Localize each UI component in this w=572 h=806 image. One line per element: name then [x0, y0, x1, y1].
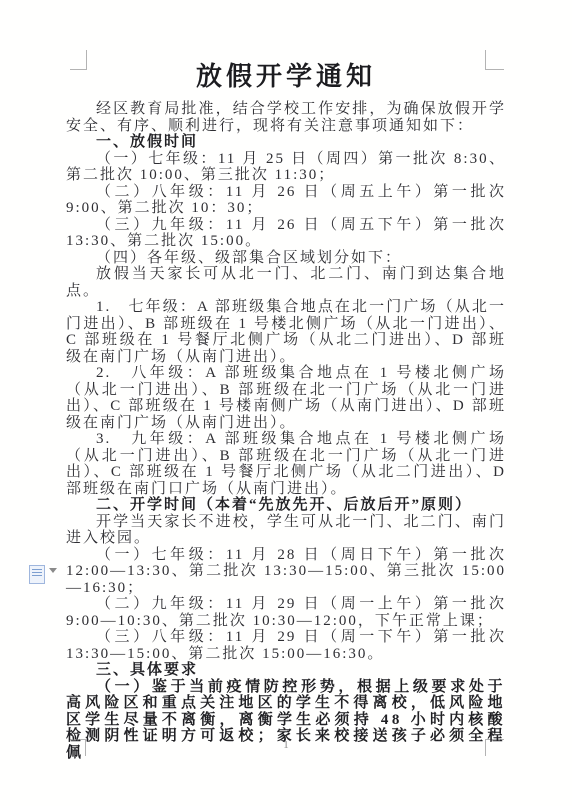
paragraph: （三）八年级：11 月 29 日（周一下午）第一批次 13:30—15:00、第… — [66, 629, 506, 662]
paragraph: （四）各年级、级部集合区域划分如下： — [66, 250, 506, 267]
paste-options-icon[interactable] — [29, 565, 45, 584]
paragraph: 1. 七年级：A 部班级集合地点在北一门广场（从北一门进出）、B 部班级在 1 … — [66, 299, 506, 365]
paragraph: 开学当天家长不进校，学生可从北一门、北二门、南门进入校园。 — [66, 514, 506, 547]
paragraph: 经区教育局批准，结合学校工作安排，为确保放假开学安全、有序、顺利进行，现将有关注… — [66, 101, 506, 134]
paragraph: 一、放假时间 — [66, 134, 506, 151]
paragraph: 三、具体要求 — [66, 662, 506, 679]
paragraph: （二）九年级：11 月 29 日（周一上午）第一批次 9:00—10:30、第二… — [66, 596, 506, 629]
paragraph: （三）九年级：11 月 26 日（周五下午）第一批次 13:30、第二批次 15… — [66, 217, 506, 250]
chevron-down-icon[interactable] — [49, 568, 57, 573]
paragraph: （一）七年级：11 月 28 日（周日下午）第一批次 12:00—13:30、第… — [66, 547, 506, 597]
paragraph: （二）八年级：11 月 26 日（周五上午）第一批次 9:00、第二批次 10：… — [66, 184, 506, 217]
paragraph: 2. 八年级：A 部班级集合地点在 1 号楼北侧广场（从北一门进出）、B 部班级… — [66, 365, 506, 431]
paragraph: 3. 九年级：A 部班级集合地点在 1 号楼北侧广场（从北一门进出）、B 部班级… — [66, 431, 506, 497]
paragraph: 放假当天家长可从北一门、北二门、南门到达集合地点。 — [66, 266, 506, 299]
page-number: 1 — [0, 739, 572, 751]
document-body: 经区教育局批准，结合学校工作安排，为确保放假开学安全、有序、顺利进行，现将有关注… — [66, 101, 506, 761]
document-title: 放假开学通知 — [0, 56, 572, 93]
paragraph: （一）七年级：11 月 25 日（周四）第一批次 8:30、第二批次 10:00… — [66, 151, 506, 184]
paste-options-button[interactable] — [29, 565, 57, 584]
paragraph: 二、开学时间（本着“先放先开、后放后开”原则） — [66, 497, 506, 514]
word-document-page: 放假开学通知 经区教育局批准，结合学校工作安排，为确保放假开学安全、有序、顺利进… — [0, 0, 572, 806]
